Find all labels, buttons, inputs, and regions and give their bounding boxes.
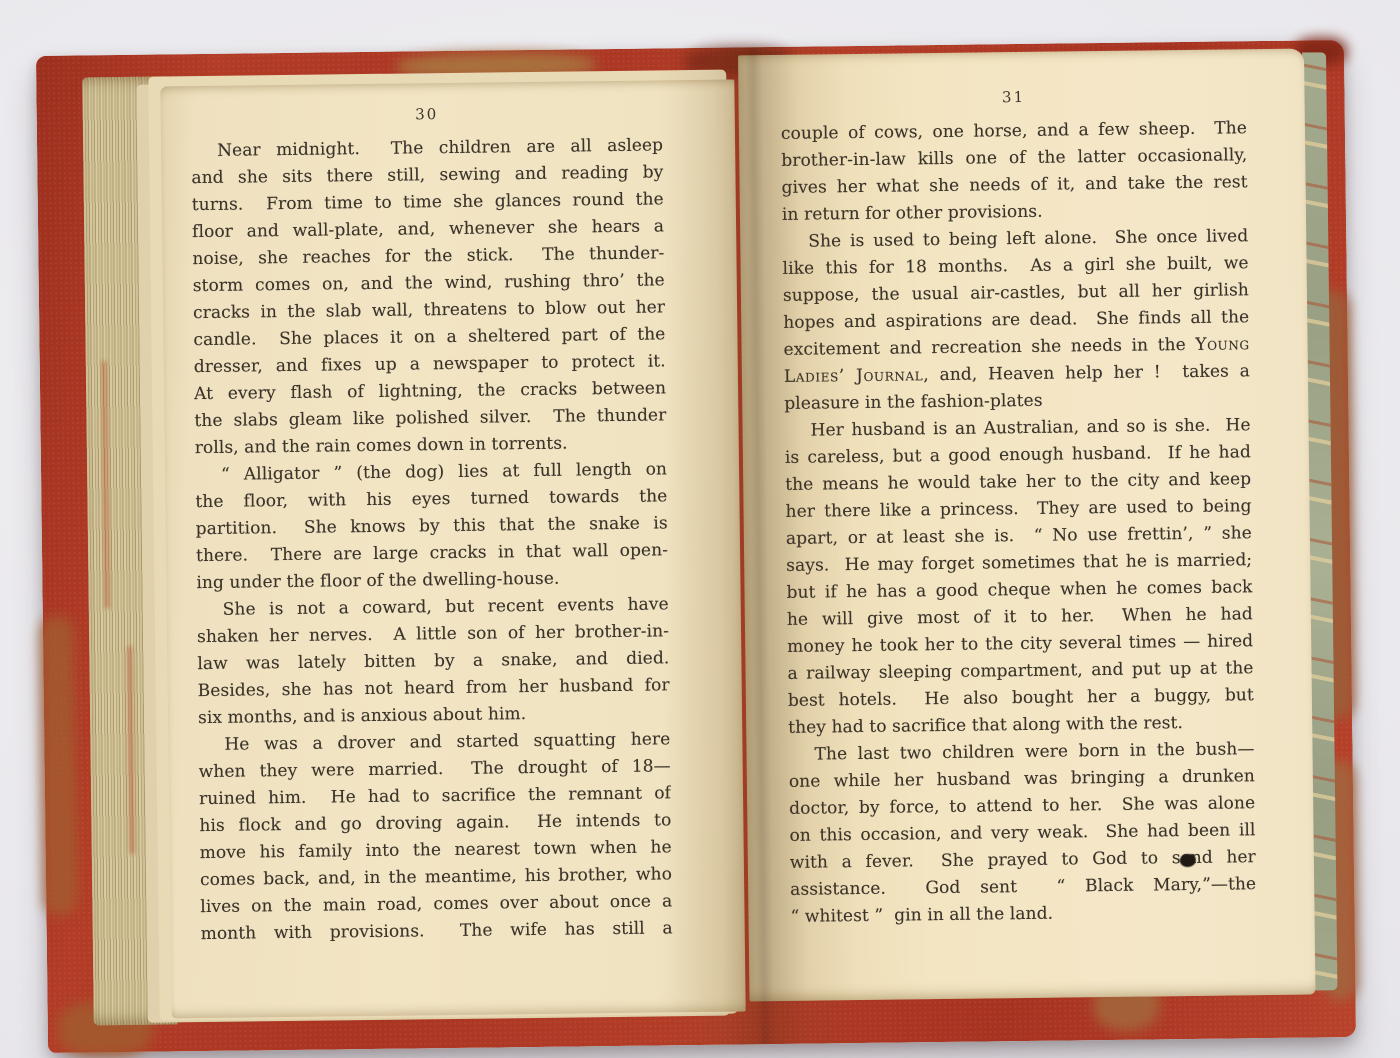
page-number-right: 31 bbox=[780, 85, 1246, 109]
page-30-text: Near midnight. The children are all asle… bbox=[191, 132, 673, 948]
paragraph: He was a drover and started squatting he… bbox=[198, 726, 673, 948]
paragraph: “ Alligator ” (the dog) lies at full len… bbox=[195, 456, 669, 597]
small-caps-text: Young bbox=[1195, 334, 1250, 355]
text-line: Ladies’ Journal, and, Heaven help her ! … bbox=[784, 358, 1250, 391]
page-30: 30 Near midnight. The children are all a… bbox=[160, 79, 745, 1018]
page-31: 31 couple of cows, one horse, and a few … bbox=[738, 49, 1316, 1002]
paragraph: She is not a coward, but recent events h… bbox=[197, 591, 671, 732]
page-number-left: 30 bbox=[191, 102, 663, 126]
book-photo: 30 Near midnight. The children are all a… bbox=[0, 0, 1400, 1058]
fore-edge-streak bbox=[102, 362, 110, 609]
paragraph: The last two children were born in the b… bbox=[788, 736, 1256, 931]
fore-edge-streak bbox=[127, 646, 135, 855]
book-cover: 30 Near midnight. The children are all a… bbox=[36, 40, 1356, 1053]
text-line: the slabs gleam like polished silver. Th… bbox=[194, 402, 666, 435]
text-line: Besides, she has not heard from her husb… bbox=[198, 672, 670, 705]
text-line: “ whitest ” gin in all the land. bbox=[790, 898, 1256, 931]
paragraph: She is used to being left alone. She onc… bbox=[782, 223, 1250, 418]
text-line: gives her what she needs of it, and take… bbox=[781, 169, 1247, 202]
paragraph: Her husband is an Australian, and so is … bbox=[784, 412, 1254, 742]
paragraph: couple of cows, one horse, and a few she… bbox=[781, 115, 1248, 229]
text-line: there. There are large cracks in that wa… bbox=[196, 537, 668, 570]
text-line: assistance. God sent “ Black Mary,”—the bbox=[790, 871, 1256, 904]
text-line: month with provisions. The wife has stil… bbox=[201, 915, 673, 948]
small-caps-text: Ladies’ Journal bbox=[784, 365, 924, 387]
paragraph: Near midnight. The children are all asle… bbox=[191, 132, 667, 462]
text-line: best hotels. He also bought her a buggy,… bbox=[788, 682, 1254, 715]
cover-wear-patch-left bbox=[40, 616, 78, 916]
page-31-text: couple of cows, one horse, and a few she… bbox=[781, 115, 1257, 931]
